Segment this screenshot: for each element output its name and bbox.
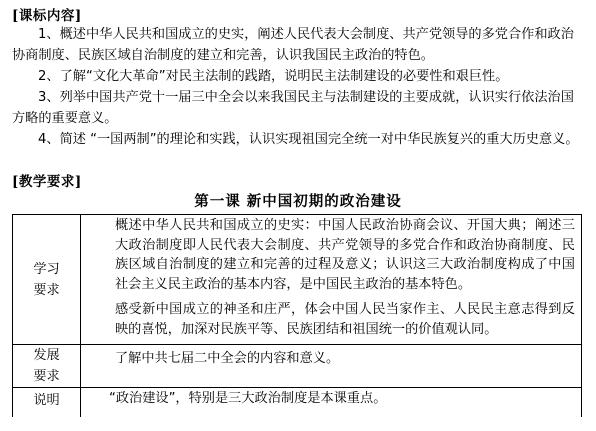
row-content-development: 了解中共七届二中全会的内容和意义。 [81,345,582,388]
curriculum-item-2: 2、了解“文化大革命”对民主法制的践踏，说明民主法制建设的必要性和艰巨性。 [12,66,584,87]
table-row-learning: 学习 要求 概述中华人民共和国成立的史实：中国人民政治协商会议、开国大典；阐述三… [13,215,582,345]
curriculum-item-4-text: 4、简述 “一国两制”的理论和实践，认识实现祖国完全统一对中华民族复兴的重大历史… [12,132,579,147]
row-label-learning: 学习 要求 [13,215,81,345]
lesson-title: 第一课 新中国初期的政治建设 [0,190,596,211]
curriculum-item-2-text: 2、了解“文化大革命”对民主法制的践踏，说明民主法制建设的必要性和艰巨性。 [12,69,508,84]
table-row-notes: 说明 “政治建设”，特别是三大政治制度是本课重点。 [13,388,582,418]
row-label-line: 说明 [13,390,80,411]
curriculum-item-4: 4、简述 “一国两制”的理论和实践，认识实现祖国完全统一对中华民族复兴的重大历史… [12,129,584,150]
content-paragraph: 感受新中国成立的神圣和庄严，体会中国人民当家作主、人民民主意志得到反映的喜悦，加… [115,300,575,339]
section-title-teaching-requirements: [教学要求] [12,170,82,190]
curriculum-item-1: 1、概述中华人民共和国成立的史实，阐述人民代表大会制度、共产党领导的多党合作和政… [12,24,584,66]
content-paragraph: “政治建设”，特别是三大政治制度是本课重点。 [109,389,575,409]
curriculum-item-3-text: 3、列举中国共产党十一届三中全会以来我国民主与法制建设的主要成就，认识实行依法治… [12,90,574,126]
curriculum-item-3: 3、列举中国共产党十一届三中全会以来我国民主与法制建设的主要成就，认识实行依法治… [12,87,584,129]
row-content-learning: 概述中华人民共和国成立的史实：中国人民政治协商会议、开国大典；阐述三大政治制度即… [81,215,582,345]
row-label-line: 要求 [13,280,80,301]
content-paragraph: 概述中华人民共和国成立的史实：中国人民政治协商会议、开国大典；阐述三大政治制度即… [115,216,575,294]
row-label-development: 发展 要求 [13,345,81,388]
content-paragraph: 了解中共七届二中全会的内容和意义。 [115,349,575,369]
row-label-notes: 说明 [13,388,81,418]
row-label-line: 发展 [13,345,80,366]
section-title-curriculum-content: [课标内容] [12,4,82,24]
requirements-table: 学习 要求 概述中华人民共和国成立的史实：中国人民政治协商会议、开国大典；阐述三… [12,214,582,417]
row-label-line: 要求 [13,366,80,387]
curriculum-item-1-text: 1、概述中华人民共和国成立的史实，阐述人民代表大会制度、共产党领导的多党合作和政… [12,27,574,63]
row-content-notes: “政治建设”，特别是三大政治制度是本课重点。 [81,388,582,418]
table-row-development: 发展 要求 了解中共七届二中全会的内容和意义。 [13,345,582,388]
row-label-line: 学习 [13,259,80,280]
